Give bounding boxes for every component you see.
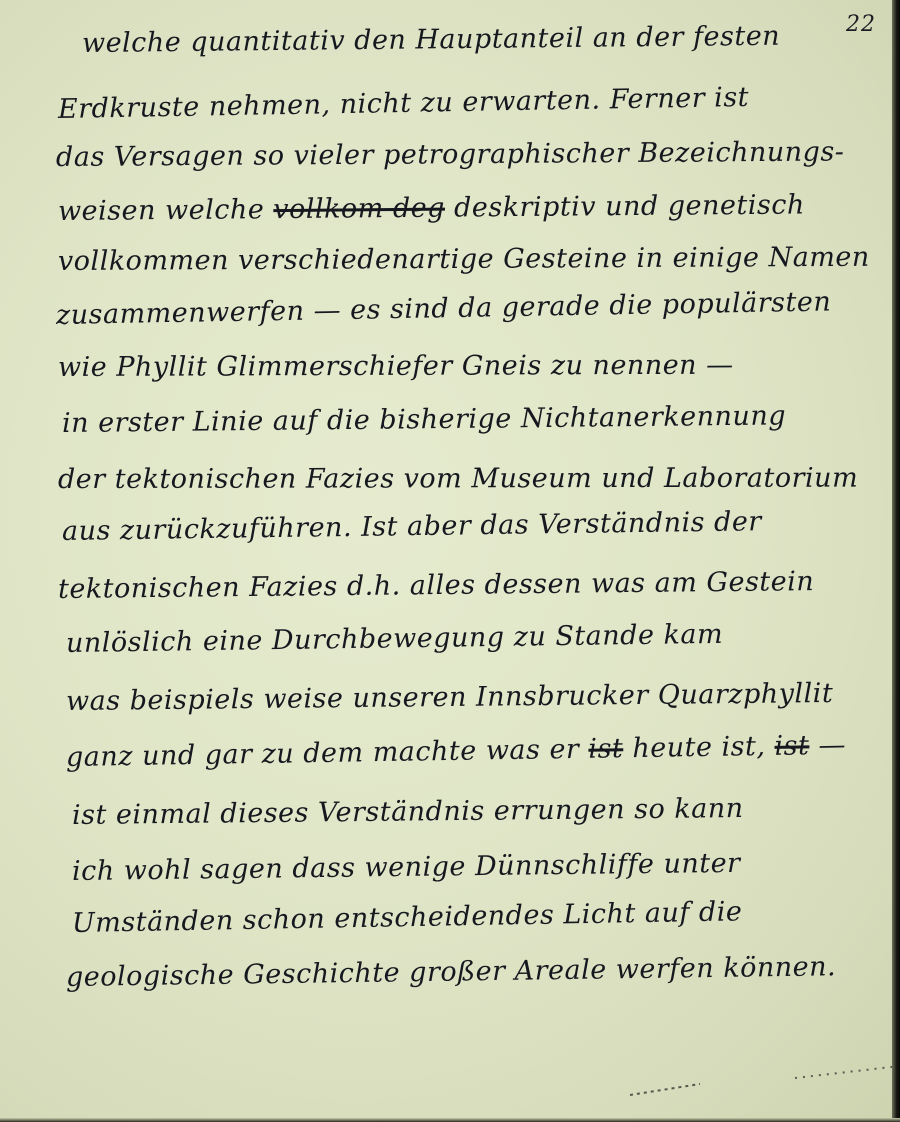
page-edge-shadow [892,0,900,1122]
manuscript-line-2: Erdkruste nehmen, nicht zu erwarten. Fer… [58,82,750,125]
manuscript-line-8: in erster Linie auf die bisherige Nichta… [62,400,786,439]
faint-ink-marks [630,1060,900,1100]
page-bottom-edge [0,1118,900,1122]
manuscript-line-5: vollkommen verschiedenartige Gesteine in… [58,242,870,277]
manuscript-line-4: weisen welche vollkom deg deskriptiv und… [58,189,805,227]
manuscript-line-10: aus zurückzuführen. Ist aber das Verstän… [62,506,762,547]
manuscript-line-11: tektonischen Fazies d.h. alles dessen wa… [58,566,815,605]
manuscript-line-6: zusammenwerfen — es sind da gerade die p… [56,286,832,331]
struck-through-text: vollkom deg [273,193,445,225]
page-number: 22 [846,12,876,37]
manuscript-line-7: wie Phyllit Glimmerschiefer Gneis zu nen… [58,350,734,383]
manuscript-line-12: unlöslich eine Durchbewegung zu Stande k… [66,619,723,659]
struck-through-text: ist [588,733,623,765]
manuscript-line-9: der tektonischen Fazies vom Museum und L… [58,463,858,495]
manuscript-line-16: ich wohl sagen dass wenige Dünnschliffe … [72,848,741,887]
struck-through-text-2: ist [774,730,809,762]
manuscript-line-3: das Versagen so vieler petrographischer … [56,136,845,173]
manuscript-line-14: ganz und gar zu dem machte was er ist he… [66,730,846,773]
manuscript-line-13: was beispiels weise unseren Innsbrucker … [66,678,834,717]
manuscript-line-18: geologische Geschichte großer Areale wer… [66,951,836,993]
manuscript-line-15: ist einmal dieses Verständnis errungen s… [72,793,744,831]
manuscript-line-1: welche quantitativ den Hauptanteil an de… [82,21,780,59]
manuscript-line-17: Umständen schon entscheidendes Licht auf… [72,896,743,939]
manuscript-page: 22 welche quantitativ den Hauptanteil an… [0,0,900,1122]
